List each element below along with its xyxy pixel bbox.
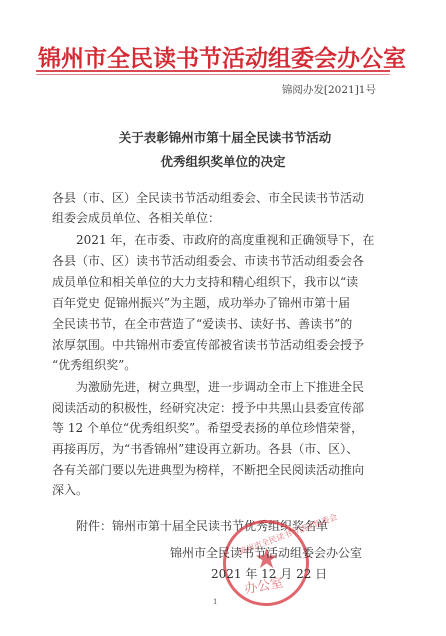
official-seal: 锦州市全民读书节活动组委会 ★ 办公室: [223, 520, 309, 606]
body-line: 百年党史 促锦州振兴”为主题，成功举办了锦州市第十届: [52, 293, 350, 314]
page-number: 1: [213, 598, 217, 606]
body-line: 各县（市、区）读书节活动组委会、市读书节活动组委会各: [52, 251, 364, 272]
letterhead-title: 锦州市全民读书节活动组委会办公室: [38, 40, 398, 73]
body-line: 2021 年，在市委、市政府的高度重视和正确领导下，在: [52, 230, 374, 251]
body-line: 浓厚氛围。中共锦州市委宣传部被省读书节活动组委会授予: [52, 335, 364, 356]
body-line: “优秀组织奖”。: [52, 355, 136, 376]
document-number: 锦阅办发[2021]1号: [282, 82, 376, 97]
body-line: 组委会成员单位、各相关单位：: [52, 208, 220, 229]
body-line: 各有关部门要以先进典型为榜样，不断把全民阅读活动推向: [52, 460, 364, 481]
body-line: 各县（市、区）全民读书节活动组委会、市全民读书节活动: [52, 188, 364, 209]
letterhead-divider-thick: [36, 70, 390, 72]
body-line: 为激励先进，树立典型，进一步调动全市上下推进全民: [52, 377, 364, 398]
body-line: 全民读书节，在全市营造了“爱读书、读好书、善读书”的: [52, 314, 352, 335]
body-line: 再接再厉，为“书香锦州”建设再立新功。各县（市、区）、: [52, 439, 358, 460]
document-title-line1: 关于表彰锦州市第十届全民读书节活动: [2, 128, 446, 146]
body-line: 等 12 个单位“优秀组织奖”。希望受表扬的单位珍惜荣誉，: [52, 418, 363, 439]
signature-date: 2021 年 12 月 22 日: [211, 565, 327, 582]
body-line: 成员单位和相关单位的大力支持和精心组织下，我市以“读: [52, 272, 358, 293]
body-line: 深入。: [52, 480, 88, 501]
body-line: 阅读活动的积极性，经研究决定：授予中共黑山县委宣传部: [52, 398, 364, 419]
signature-organization: 锦州市全民读书节活动组委会办公室: [170, 544, 362, 561]
document-title-line2: 优秀组织奖单位的决定: [0, 152, 446, 170]
letterhead-divider-thin: [36, 74, 390, 75]
